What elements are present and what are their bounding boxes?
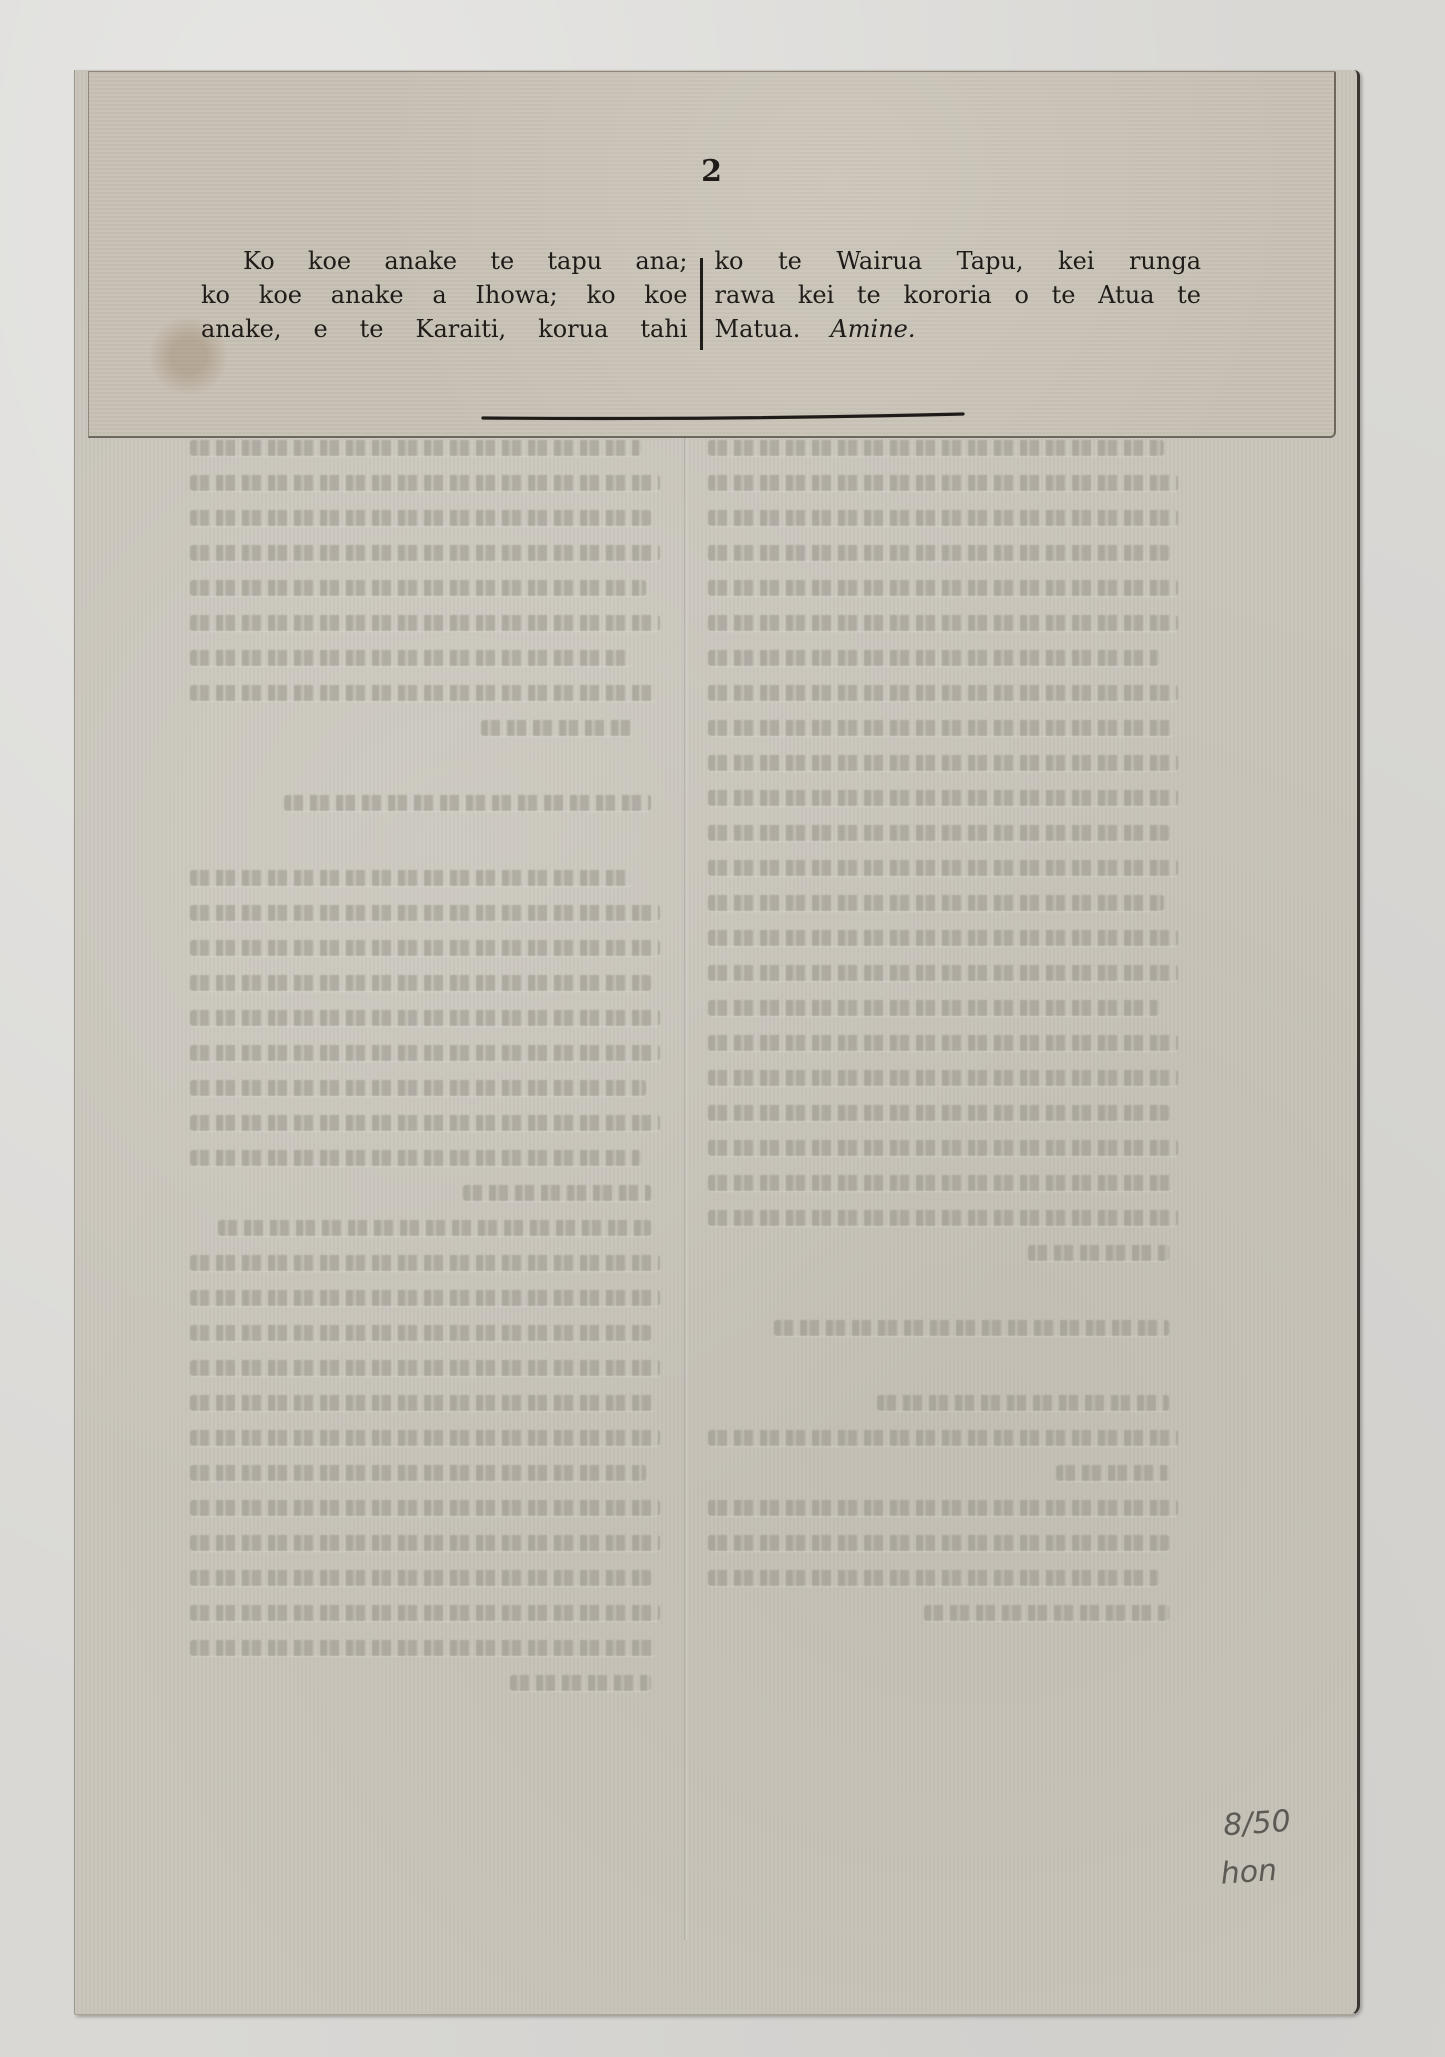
annotation-line: 8/50 <box>1222 1798 1293 1851</box>
handwritten-annotation: 8/50 hon <box>1222 1798 1296 1898</box>
text-line: ko koe anake a Ihowa; ko koe <box>201 278 688 312</box>
strip-column-right: ko te Wairua Tapu, kei runga rawa kei te… <box>715 244 1202 346</box>
annotation-line: hon <box>1219 1846 1296 1899</box>
text-line: anake, e te Karaiti, korua tahi <box>201 312 688 346</box>
page-number: 2 <box>89 154 1334 189</box>
rule-line-icon <box>481 410 965 422</box>
text-line: Matua. <box>715 315 801 343</box>
text-line-final: Matua.Amine. <box>715 312 1202 346</box>
column-crease <box>684 435 687 1940</box>
show-through-column-right <box>708 440 1178 1640</box>
column-divider <box>700 258 703 350</box>
text-line: ko te Wairua Tapu, kei runga <box>715 244 1202 278</box>
text-line: rawa kei te kororia o te Atua te <box>715 278 1202 312</box>
show-through-column-left <box>190 440 660 1710</box>
printed-strip: 2 Ko koe anake te tapu ana; ko koe anake… <box>88 71 1336 438</box>
closing-amen: Amine. <box>830 315 915 343</box>
text-line: Ko koe anake te tapu ana; <box>201 244 688 278</box>
strip-column-left: Ko koe anake te tapu ana; ko koe anake a… <box>201 244 688 346</box>
strip-text-block: Ko koe anake te tapu ana; ko koe anake a… <box>201 244 1201 350</box>
